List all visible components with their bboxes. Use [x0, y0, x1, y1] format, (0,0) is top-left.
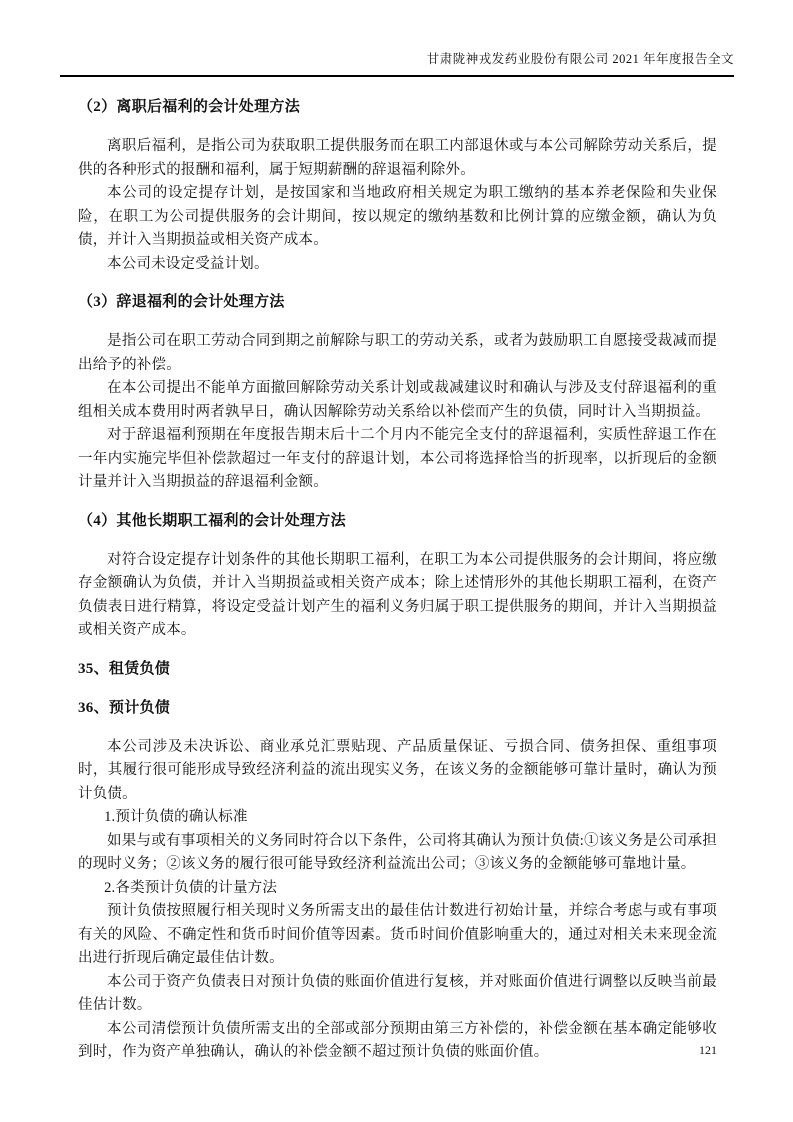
paragraph: 是指公司在职工劳动合同到期之前解除与职工的劳动关系，或者为鼓励职工自愿接受裁减而… [78, 330, 717, 377]
section-heading-lease-liabilities: 35、租赁负债 [78, 658, 717, 680]
paragraph: 本公司清偿预计负债所需支出的全部或部分预期由第三方补偿的，补偿金额在基本确定能够… [78, 1018, 717, 1065]
section-heading-termination-benefits: （3）辞退福利的会计处理方法 [78, 291, 717, 313]
document-body: （2）离职后福利的会计处理方法 离职后福利，是指公司为获取职工提供服务而在职工内… [78, 96, 717, 1065]
paragraph: 本公司涉及未决诉讼、商业承兑汇票贴现、产品质量保证、亏损合同、债务担保、重组事项… [78, 736, 717, 807]
paragraph: 在本公司提出不能单方面撤回解除劳动关系计划或裁减建议时和确认与涉及支付辞退福利的… [78, 377, 717, 424]
paragraph: 本公司未设定受益计划。 [78, 253, 717, 277]
paragraph: 对符合设定提存计划条件的其他长期职工福利，在职工为本公司提供服务的会计期间，将应… [78, 549, 717, 643]
sub-item-measurement-methods: 2.各类预计负债的计量方法 [78, 877, 717, 901]
paragraph: 离职后福利，是指公司为获取职工提供服务而在职工内部退休或与本公司解除劳动关系后，… [78, 135, 717, 182]
paragraph: 对于辞退福利预期在年度报告期末后十二个月内不能完全支付的辞退福利，实质性辞退工作… [78, 424, 717, 495]
sub-item-recognition-criteria: 1.预计负债的确认标准 [78, 806, 717, 830]
report-header: 甘肃陇神戎发药业股份有限公司 2021 年年度报告全文 [60, 50, 734, 77]
section-heading-estimated-liabilities: 36、预计负债 [78, 697, 717, 719]
document-page: 甘肃陇神戎发药业股份有限公司 2021 年年度报告全文 （2）离职后福利的会计处… [0, 0, 793, 1122]
paragraph: 本公司于资产负债表日对预计负债的账面价值进行复核，并对账面价值进行调整以反映当前… [78, 971, 717, 1018]
section-heading-other-long-term-benefits: （4）其他长期职工福利的会计处理方法 [78, 510, 717, 532]
section-heading-post-employment-benefits: （2）离职后福利的会计处理方法 [78, 96, 717, 118]
paragraph: 如果与或有事项相关的义务同时符合以下条件，公司将其确认为预计负债:①该义务是公司… [78, 830, 717, 877]
page-number: 121 [699, 1043, 717, 1057]
paragraph: 本公司的设定提存计划，是按国家和当地政府相关规定为职工缴纳的基本养老保险和失业保… [78, 182, 717, 253]
paragraph: 预计负债按照履行相关现时义务所需支出的最佳估计数进行初始计量，并综合考虑与或有事… [78, 900, 717, 971]
